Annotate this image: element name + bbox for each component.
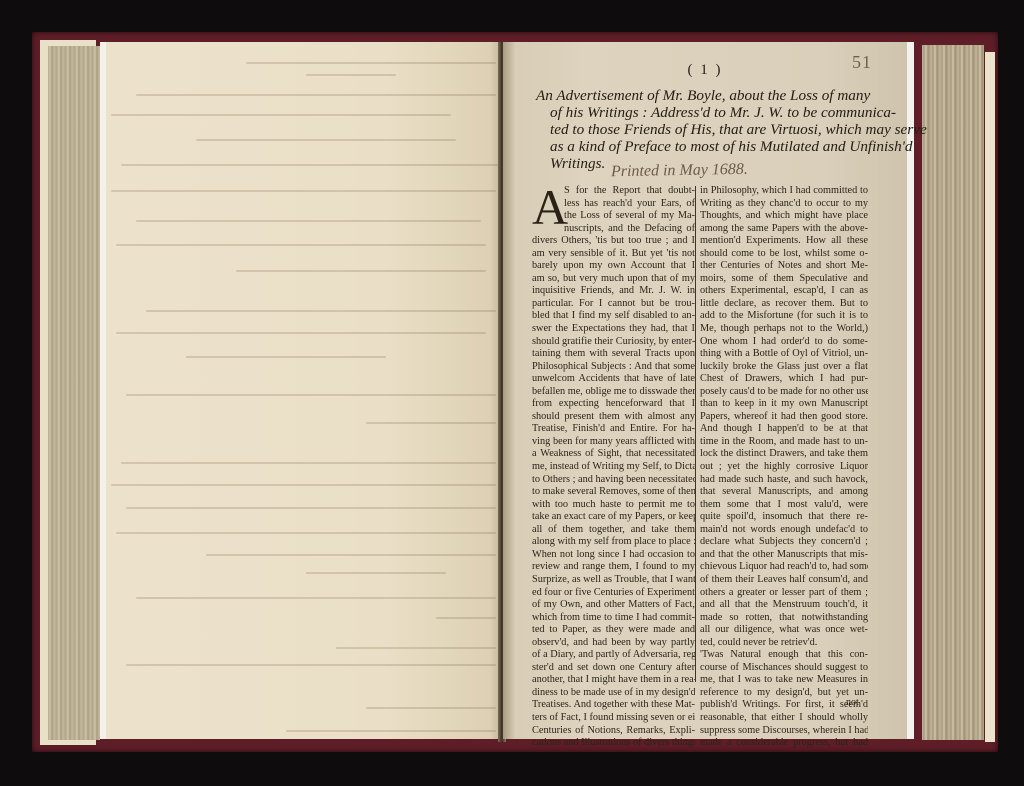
text-line: When not long since I had occasion to — [532, 549, 695, 562]
text-line: ther Centuries of Notes and short Me- — [700, 260, 868, 273]
bleed-through-line — [126, 507, 496, 509]
text-line: course of Mischances should suggest to — [700, 662, 868, 675]
text-line: and all that the Menstruum touch'd, it — [700, 599, 868, 612]
title-line: of his Writings : Address'd to Mr. J. W.… — [536, 104, 876, 121]
text-line: with too much haste to permit me to — [532, 499, 695, 512]
text-line: among the same Papers with the above- — [700, 223, 868, 236]
text-line: of them their Leaves half consum'd, and — [700, 574, 868, 587]
text-line: bled that I find my self disabled to an- — [532, 310, 695, 323]
text-line: am so, but very much upon that of my — [532, 273, 695, 286]
text-line: declare what Subjects they concern'd ; — [700, 536, 868, 549]
text-line: in Philosophy, which I had committed to — [700, 185, 868, 198]
bleed-through-line — [116, 532, 496, 534]
bleed-through-line — [136, 220, 481, 222]
left-page-verso — [100, 42, 506, 739]
bleed-through-line — [111, 484, 496, 486]
column-divider — [695, 186, 696, 682]
text-line: made a considerable progress, but had — [700, 737, 868, 750]
catchword: not — [846, 697, 859, 708]
text-line: along with my self from place to place : — [532, 536, 695, 549]
text-line: observ'd, and had been by way partly — [532, 637, 695, 650]
text-line: to Others ; and having been necessitated — [532, 474, 695, 487]
bleed-through-line — [206, 554, 496, 556]
text-column-right: in Philosophy, which I had committed to … — [700, 185, 868, 750]
page-edges-left — [48, 46, 100, 740]
bleed-through-line — [136, 94, 496, 96]
text-line: ted, could never be retriev'd. — [700, 637, 868, 650]
text-line: taining them with several Tracts upon — [532, 348, 695, 361]
text-line: Philosophical Subjects : And that some — [532, 361, 695, 374]
page-edges-right — [922, 45, 984, 740]
bleed-through-line — [126, 664, 496, 666]
text-line: Chest of Drawers, which I had pur- — [700, 373, 868, 386]
text-line: mention'd Experiments. How all these — [700, 235, 868, 248]
text-line: suppress some Discourses, wherein I had — [700, 725, 868, 738]
text-line: And though I happen'd to be at that — [700, 423, 868, 436]
text-line: publish'd Writings. For first, it seem'd — [700, 699, 868, 712]
text-line: chievous Liquor had reach'd to, had some — [700, 561, 868, 574]
text-line: Treatises. And together with these Mat- — [532, 699, 695, 712]
text-line: am very sensible of it. But yet 'tis not — [532, 248, 695, 261]
text-line: all of them together, and take them — [532, 524, 695, 537]
text-line: swer the Expectations they had, that I — [532, 323, 695, 336]
text-line: main'd not words enough undefac'd to — [700, 524, 868, 537]
text-line: others Experimental, escap'd, I can as — [700, 285, 868, 298]
text-line: cations and Illustrations of divers thin… — [532, 737, 695, 750]
right-page-recto: 51 ( 1 ) An Advertisement of Mr. Boyle, … — [503, 42, 914, 739]
text-line: should come to be lost, whilst some o- — [700, 248, 868, 261]
text-column-left: S for the Report that doubt- less has re… — [532, 185, 695, 750]
text-line: made so rotten, that notwithstanding — [700, 612, 868, 625]
text-line: ters of Fact, I found missing seven or e… — [532, 712, 695, 725]
text-line: One whom I had order'd to do some- — [700, 336, 868, 349]
text-line: Me, though perhaps not to the World,) — [700, 323, 868, 336]
text-line: nuscripts, and the Defacing of — [532, 223, 695, 236]
text-line: luckily broke the Glass just over a flat — [700, 361, 868, 374]
bleed-through-line — [436, 617, 496, 619]
text-line: me, that I was to take new Measures in — [700, 674, 868, 687]
title-line: An Advertisement of Mr. Boyle, about the… — [536, 87, 876, 104]
text-line: particular. For I cannot but be trou- — [532, 298, 695, 311]
text-line: the Loss of several of my Ma- — [532, 210, 695, 223]
text-line: time in the Room, and made hast to un- — [700, 436, 868, 449]
text-line: Treatise, Finish'd and Entire. For ha- — [532, 423, 695, 436]
bleed-through-line — [116, 244, 486, 246]
text-line: ster'd and set down one Century after — [532, 662, 695, 675]
text-line: reasonable, that either I should wholly — [700, 712, 868, 725]
text-line: quite spoil'd, insomuch that there re- — [700, 511, 868, 524]
text-line: little declare, as recover them. But to — [700, 298, 868, 311]
text-line: which from time to time I had commit- — [532, 612, 695, 625]
text-line: another, that I might have them in a rea… — [532, 674, 695, 687]
handwritten-note: Printed in May 1688. — [611, 161, 748, 181]
text-line: diness to be made use of in my design'd — [532, 687, 695, 700]
text-line: take an exact care of my Papers, or keep — [532, 511, 695, 524]
text-line: moirs, some of them Speculative and — [700, 273, 868, 286]
text-line: ving been for many years afflicted with — [532, 436, 695, 449]
bleed-through-line — [121, 462, 496, 464]
text-line: should gratifie their Curiosity, by ente… — [532, 336, 695, 349]
bleed-through-line — [136, 597, 496, 599]
text-line: of my Own, and other Matters of Fact, — [532, 599, 695, 612]
title-line: ted to those Friends of His, that are Vi… — [536, 121, 876, 138]
page-number: ( 1 ) — [503, 62, 907, 79]
text-line: all our diligence, what was once wet- — [700, 624, 868, 637]
text-line: that several Manuscripts, and among — [700, 486, 868, 499]
bleed-through-line — [121, 164, 501, 166]
text-line: than to keep in it my own Manuscript — [700, 398, 868, 411]
text-line: out ; yet the highly corrosive Liquor — [700, 461, 868, 474]
text-line: reference to my design'd, but yet un- — [700, 687, 868, 700]
text-line: lock the distinct Drawers, and take them — [700, 448, 868, 461]
text-line: to make several Removes, some of them — [532, 486, 695, 499]
text-line: posely caus'd to be made for no other us… — [700, 386, 868, 399]
title-line: as a kind of Preface to most of his Muti… — [536, 138, 876, 155]
text-line: inquisitive Friends, and Mr. J. W. in — [532, 285, 695, 298]
text-line: Thoughts, and which might have place — [700, 210, 868, 223]
text-line: them some that I most valu'd, were — [700, 499, 868, 512]
bleed-through-line — [286, 730, 496, 732]
text-line: Centuries of Notions, Remarks, Expli- — [532, 725, 695, 738]
text-line: and that the other Manuscripts that mis- — [700, 549, 868, 562]
text-line: S for the Report that doubt- — [532, 185, 695, 198]
text-line: of a Diary, and partly of Adversaria, re… — [532, 649, 695, 662]
text-line: divers Others, 'tis but too true ; and I — [532, 235, 695, 248]
text-line: barely upon my own Account that I — [532, 260, 695, 273]
bleed-through-line — [366, 422, 496, 424]
text-line: ed four or five Centuries of Experiments — [532, 587, 695, 600]
bleed-through-line — [126, 394, 496, 396]
bleed-through-line — [116, 332, 486, 334]
bleed-through-line — [366, 707, 496, 709]
bleed-through-line — [236, 270, 486, 272]
text-line: a Weakness of Sight, that necessitated — [532, 448, 695, 461]
page-title: An Advertisement of Mr. Boyle, about the… — [536, 87, 876, 172]
bleed-through-line — [246, 62, 496, 64]
text-line: unwelcom Accidents that have of late — [532, 373, 695, 386]
text-line: Surprize, as well as Trouble, that I wan… — [532, 574, 695, 587]
text-line: from expecting henceforward that I — [532, 398, 695, 411]
text-line: Writing as they chanc'd to occur to my — [700, 198, 868, 211]
inner-board-right — [985, 52, 995, 742]
bleed-through-line — [111, 114, 451, 116]
bleed-through-line — [111, 190, 496, 192]
bleed-through-line — [196, 139, 456, 141]
text-line: befallen me, oblige me to disswade them — [532, 386, 695, 399]
bleed-through-line — [336, 647, 496, 649]
text-line: should present them with almost any — [532, 411, 695, 424]
text-line: me, instead of Writing my Self, to Dicta… — [532, 461, 695, 474]
text-line: ted to Paper, as they were made and — [532, 624, 695, 637]
bleed-through-line — [146, 310, 496, 312]
bleed-through-line — [306, 572, 446, 574]
text-line: add to the Misfortune (for such it is to — [700, 310, 868, 323]
bleed-through-line — [186, 356, 386, 358]
text-line: less has reach'd your Ears, of — [532, 198, 695, 211]
text-line: 'Twas Natural enough that this con- — [700, 649, 868, 662]
text-line: review and range them, I found to my — [532, 561, 695, 574]
text-line: thing with a Bottle of Oyl of Vitriol, u… — [700, 348, 868, 361]
bleed-through-line — [306, 74, 396, 76]
text-line: had made such haste, and such havock, — [700, 474, 868, 487]
text-line: others a greater or lesser part of them … — [700, 587, 868, 600]
text-line: Papers, whereof it had then good store. — [700, 411, 868, 424]
